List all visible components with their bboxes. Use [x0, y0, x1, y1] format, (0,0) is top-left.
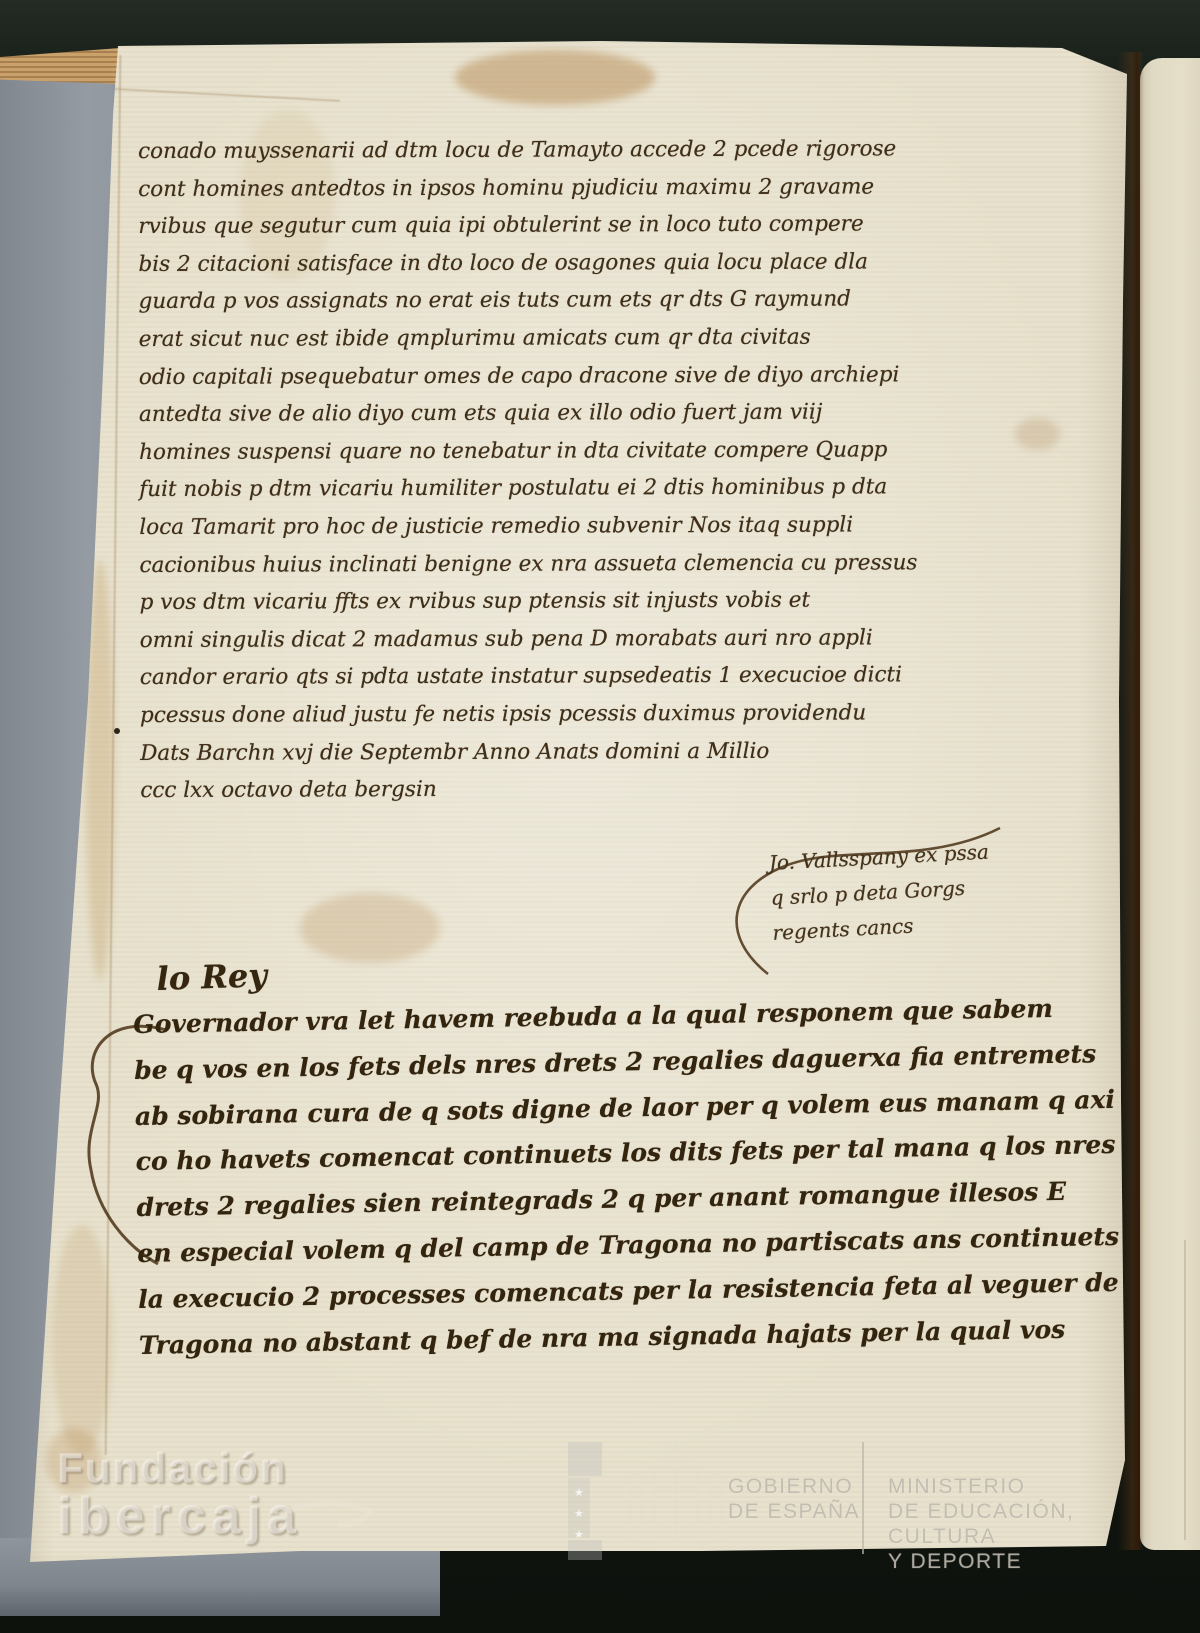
- flag-stars-icon: ★★★: [574, 1482, 584, 1545]
- manuscript-line: p vos dtm vicariu ffts ex rvibus sup pte…: [140, 581, 1075, 622]
- manuscript-line: homines suspensi quare no tenebatur in d…: [139, 430, 1074, 471]
- manuscript-line: cont homines antedtos in ipsos hominu pj…: [138, 167, 1073, 208]
- page-edge-stack: [0, 48, 120, 84]
- manuscript-line: antedta sive de alio diyo cum ets quia e…: [139, 393, 1074, 434]
- manuscript-line: fuit nobis p dtm vicariu humiliter postu…: [139, 468, 1074, 509]
- government-name-line2: DE ESPAÑA: [728, 1499, 860, 1524]
- manuscript-line: bis 2 citacioni satisface in dto loco de…: [138, 243, 1073, 284]
- manuscript-line: pcessus done aliud justu fe netis ipsis …: [140, 694, 1075, 735]
- ibercaja-swoosh-icon: [270, 1492, 380, 1532]
- manuscript-page: conado muyssenarii ad dtm locu de Tamayt…: [0, 0, 1200, 1633]
- latin-text-block: conado muyssenarii ad dtm locu de Tamayt…: [138, 130, 1075, 810]
- stain: [300, 893, 440, 963]
- spain-coat-of-arms-icon: [616, 1438, 736, 1568]
- stain: [455, 50, 655, 105]
- signature-block: Jo. Vallsspany ex pssaq srlo p deta Gorg…: [768, 834, 993, 950]
- spain-flag-mark: ★★★: [568, 1442, 602, 1560]
- manuscript-line: Dats Barchn xvj die Septembr Anno Anats …: [140, 731, 1075, 772]
- manuscript-line: rvibus que segutur cum quia ipi obtuleri…: [138, 205, 1073, 246]
- manuscript-line: conado muyssenarii ad dtm locu de Tamayt…: [138, 130, 1073, 171]
- manuscript-line: guarda p vos assignats no erat eis tuts …: [139, 280, 1074, 321]
- manuscript-line: erat sicut nuc est ibide qmplurimu amica…: [139, 318, 1074, 359]
- watermark-ibercaja: Fundación ibercaja: [58, 1445, 303, 1547]
- ink-dot: [114, 728, 120, 734]
- watermark-divider: [862, 1442, 864, 1554]
- ibercaja-line2: ibercaja: [58, 1487, 303, 1547]
- ministry-name-line1: MINISTERIO: [888, 1474, 1080, 1499]
- catalan-text-block: Governador vra let havem reebuda a la qu…: [133, 985, 1099, 1368]
- ibercaja-line1: Fundación: [58, 1445, 303, 1493]
- manuscript-line: loca Tamarit pro hoc de justicie remedio…: [139, 506, 1074, 547]
- facing-page: [1140, 58, 1200, 1550]
- manuscript-line: candor erario qts si pdta ustate instatu…: [140, 656, 1075, 697]
- manuscript-line: omni singulis dicat 2 madamus sub pena D…: [140, 618, 1075, 659]
- government-name-line1: GOBIERNO: [728, 1474, 860, 1499]
- ministry-name-line3: Y DEPORTE: [888, 1549, 1080, 1574]
- scan-background: conado muyssenarii ad dtm locu de Tamayt…: [0, 0, 1200, 1633]
- ministry-name: MINISTERIO DE EDUCACIÓN, CULTURA Y DEPOR…: [888, 1474, 1080, 1574]
- manuscript-line: cacionibus huius inclinati benigne ex nr…: [139, 543, 1074, 584]
- royal-heading: lo Rey: [156, 956, 267, 998]
- government-name: GOBIERNO DE ESPAÑA: [728, 1474, 860, 1524]
- watermark-government: ★★★ GOBIERNO DE ESPAÑA MINISTERIO DE EDU…: [560, 1438, 1080, 1558]
- manuscript-line: ccc lxx octavo deta bergsin: [140, 769, 1075, 810]
- manuscript-line: odio capitali psequebatur omes de capo d…: [139, 355, 1074, 396]
- facing-page-crease: [1184, 1240, 1186, 1540]
- ministry-name-line2: DE EDUCACIÓN, CULTURA: [888, 1499, 1080, 1549]
